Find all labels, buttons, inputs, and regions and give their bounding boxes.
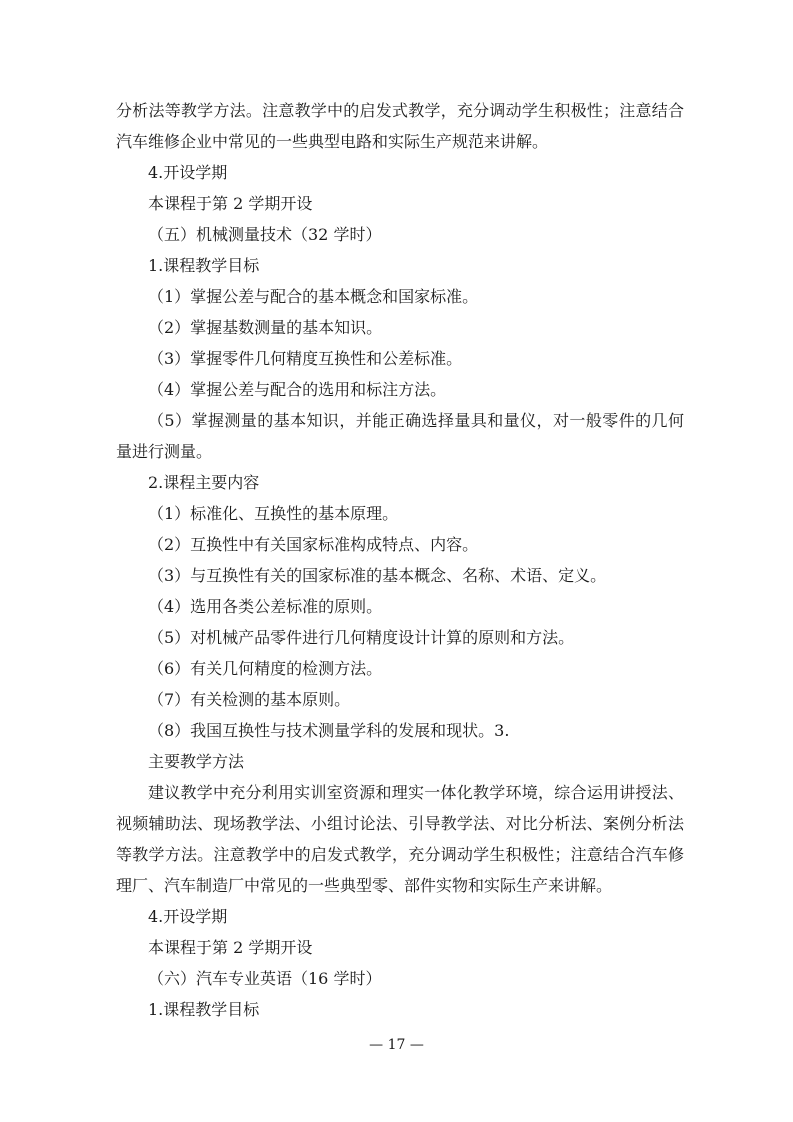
heading-main-content: 2.课程主要内容 bbox=[116, 467, 684, 498]
page-number: — 17 — bbox=[0, 1037, 793, 1053]
list-item-content: （4）选用各类公差标准的原则。 bbox=[116, 591, 684, 622]
paragraph-teaching-methods: 建议教学中充分利用实训室资源和理实一体化教学环境，综合运用讲授法、视频辅助法、现… bbox=[116, 777, 684, 901]
list-item-content: （1）标准化、互换性的基本原理。 bbox=[116, 498, 684, 529]
list-item-content: （8）我国互换性与技术测量学科的发展和现状。3. bbox=[116, 715, 684, 746]
list-item-objective: （3）掌握零件几何精度互换性和公差标准。 bbox=[116, 343, 684, 374]
heading-course-objectives: 1.课程教学目标 bbox=[116, 994, 684, 1025]
document-page: 分析法等教学方法。注意教学中的启发式教学，充分调动学生积极性；注意结合汽车维修企… bbox=[0, 0, 793, 1122]
paragraph-semester: 本课程于第 2 学期开设 bbox=[116, 932, 684, 963]
list-item-content: （5）对机械产品零件进行几何精度设计计算的原则和方法。 bbox=[116, 622, 684, 653]
list-item-content: （7）有关检测的基本原则。 bbox=[116, 684, 684, 715]
section-heading-mechanical-measurement: （五）机械测量技术（32 学时） bbox=[116, 219, 684, 250]
heading-semester: 4.开设学期 bbox=[116, 157, 684, 188]
heading-semester: 4.开设学期 bbox=[116, 901, 684, 932]
list-item-content: （2）互换性中有关国家标准构成特点、内容。 bbox=[116, 529, 684, 560]
list-item-content: （3）与互换性有关的国家标准的基本概念、名称、术语、定义。 bbox=[116, 560, 684, 591]
section-heading-automotive-english: （六）汽车专业英语（16 学时） bbox=[116, 963, 684, 994]
list-item-objective: （1）掌握公差与配合的基本概念和国家标准。 bbox=[116, 281, 684, 312]
heading-course-objectives: 1.课程教学目标 bbox=[116, 250, 684, 281]
list-item-objective: （5）掌握测量的基本知识，并能正确选择量具和量仪，对一般零件的几何量进行测量。 bbox=[116, 405, 684, 467]
list-item-objective: （2）掌握基数测量的基本知识。 bbox=[116, 312, 684, 343]
list-item-objective: （4）掌握公差与配合的选用和标注方法。 bbox=[116, 374, 684, 405]
paragraph-continuation: 分析法等教学方法。注意教学中的启发式教学，充分调动学生积极性；注意结合汽车维修企… bbox=[116, 95, 684, 157]
heading-teaching-methods: 主要教学方法 bbox=[116, 746, 684, 777]
document-body: 分析法等教学方法。注意教学中的启发式教学，充分调动学生积极性；注意结合汽车维修企… bbox=[116, 95, 684, 1025]
paragraph-semester: 本课程于第 2 学期开设 bbox=[116, 188, 684, 219]
list-item-content: （6）有关几何精度的检测方法。 bbox=[116, 653, 684, 684]
